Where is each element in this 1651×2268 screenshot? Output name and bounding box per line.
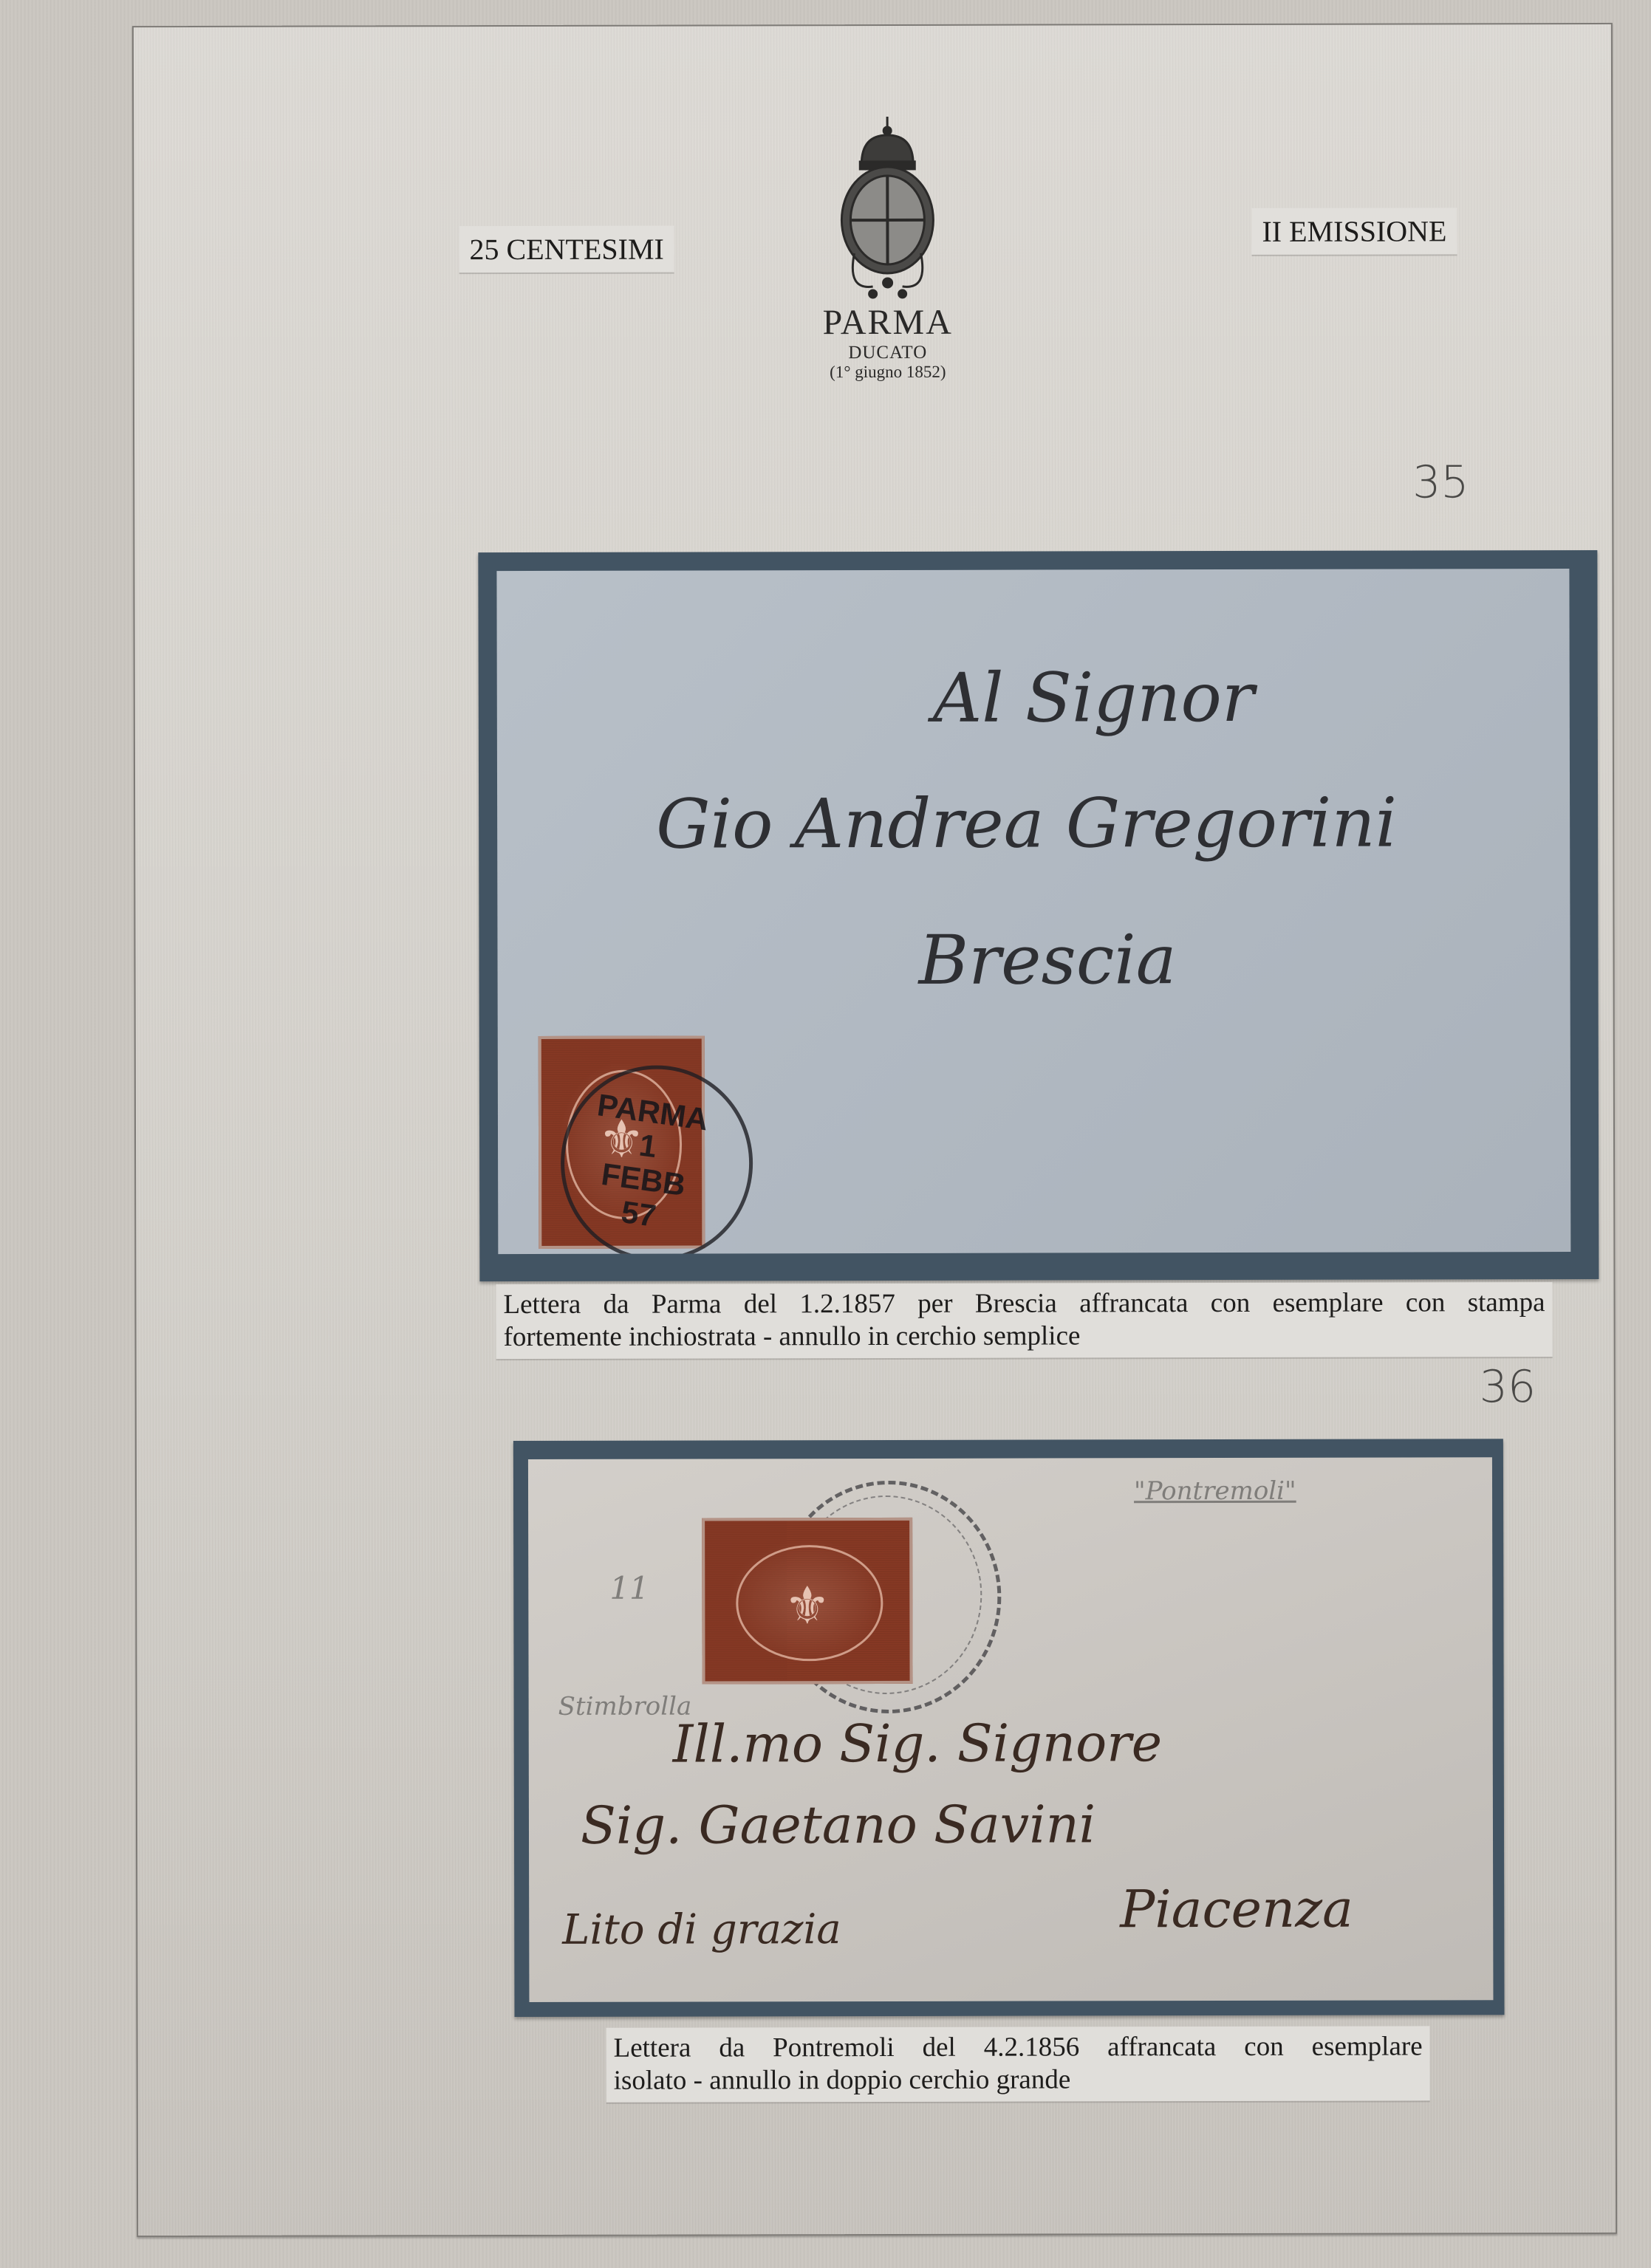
cover-mount: Al Signor Gio Andrea Gregorini Brescia ⚜… <box>478 550 1599 1281</box>
postage-stamp: ⚜ <box>702 1518 912 1685</box>
album-page: 17 25 CENTESIMI II EMISSIONE PARMA DUCAT… <box>132 23 1617 2237</box>
pencil-note: Stimbrolla <box>558 1692 692 1721</box>
page-date: (1° giugno 1852) <box>777 363 999 382</box>
address-line: Sig. Gaetano Savini <box>581 1794 1095 1855</box>
emission-label: II EMISSIONE <box>1251 208 1457 255</box>
cover-letter: "Pontremoli" 11 Stimbrolla ⚜ Ill.mo Sig.… <box>528 1457 1494 2002</box>
value-label: 25 CENTESIMI <box>459 226 674 273</box>
caption: Lettera da Parma del 1.2.1857 per Bresci… <box>496 1282 1552 1359</box>
page-title: PARMA <box>777 304 999 343</box>
postmark-text: PARMA 1 FEBB 57 <box>563 1086 728 1241</box>
caption: Lettera da Pontremoli del 4.2.1856 affra… <box>606 2026 1430 2102</box>
cover-letter: Al Signor Gio Andrea Gregorini Brescia ⚜… <box>496 569 1570 1254</box>
page-subtitle: DUCATO <box>777 342 999 363</box>
address-line: Al Signor <box>933 658 1254 738</box>
caption-line: Lettera da Pontremoli del 4.2.1856 affra… <box>614 2030 1423 2065</box>
caption-line: Lettera da Parma del 1.2.1857 per Bresci… <box>503 1287 1545 1321</box>
caption-line: fortemente inchiostrata - annullo in cer… <box>504 1319 1545 1354</box>
caption-line: isolato - annullo in doppio cerchio gran… <box>614 2063 1423 2098</box>
pencil-note: 11 <box>609 1570 649 1606</box>
item-number: 35 <box>1412 456 1469 508</box>
header-block: PARMA DUCATO (1° giugno 1852) <box>777 304 999 382</box>
address-line: Gio Andrea Gregorini <box>656 784 1397 864</box>
address-line: Lito di grazia <box>562 1905 841 1954</box>
address-line: Ill.mo Sig. Signore <box>673 1713 1163 1774</box>
crest-icon <box>832 113 943 305</box>
fleur-de-lis-icon: ⚜ <box>705 1575 909 1637</box>
pencil-note: "Pontremoli" <box>1134 1476 1296 1506</box>
cover-mount: "Pontremoli" 11 Stimbrolla ⚜ Ill.mo Sig.… <box>513 1439 1505 2017</box>
address-line: Brescia <box>918 920 1176 1000</box>
address-line: Piacenza <box>1120 1879 1353 1940</box>
item-number: 36 <box>1480 1361 1537 1413</box>
